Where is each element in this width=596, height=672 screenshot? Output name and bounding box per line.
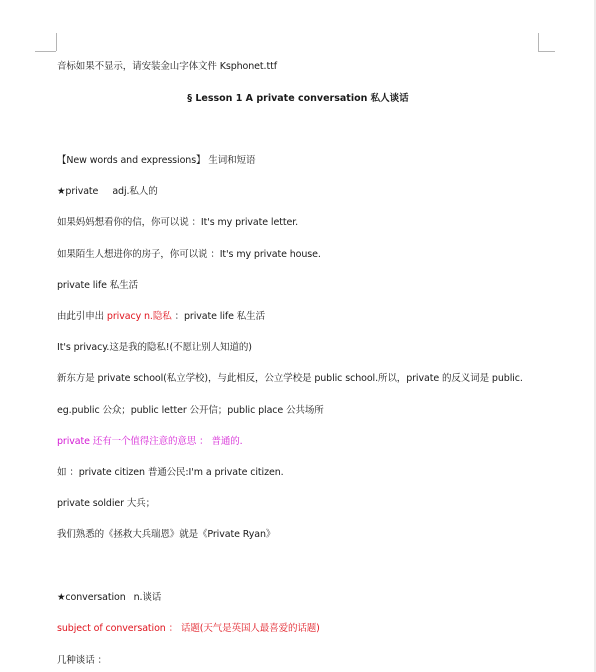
vocab-entry-private: ★privateadj.私人的	[57, 186, 158, 198]
font-notice: 音标如果不显示，请安装金山字体文件 Ksphonet.ttf	[57, 61, 277, 73]
example-line: It's privacy.这是我的隐私!(不愿让别人知道的)	[57, 342, 252, 354]
vocab-entry-conversation: ★conversationn.谈话	[57, 592, 161, 604]
note-line-highlight: private 还有一个值得注意的意思 ： 普通的.	[57, 436, 243, 448]
example-line: 如果妈妈想看你的信，你可以说 ：It's my private letter.	[57, 217, 298, 229]
lesson-title: § Lesson 1 A private conversation 私人谈话	[0, 93, 596, 105]
example-line: private soldier 大兵；	[57, 498, 155, 510]
highlight-privacy: privacy n.隐私	[107, 311, 175, 322]
example-line: 如 ：private citizen 普通公民:I'm a private ci…	[57, 467, 284, 479]
headword: ★conversation	[57, 592, 126, 603]
document-page: 音标如果不显示，请安装金山字体文件 Ksphonet.ttf § Lesson …	[0, 0, 595, 672]
margin-corner-mark-top-right	[538, 51, 555, 52]
part-of-speech: adj.私人的	[112, 186, 157, 197]
margin-corner-mark-top-right	[538, 33, 539, 51]
example-line: 新东方是 private school(私立学校)，与此相反，公立学校是 pub…	[57, 373, 523, 385]
part-of-speech: n.谈话	[134, 592, 162, 603]
derivation-line: 由此引申出 privacy n.隐私 ：private life 私生活	[57, 311, 265, 323]
example-line: 如果陌生人想进你的房子，你可以说 ：It's my private house.	[57, 249, 321, 261]
section-header: 【New words and expressions】 生词和短语	[57, 155, 255, 167]
headword: ★private	[57, 186, 98, 197]
margin-corner-mark-top-left	[56, 33, 57, 51]
note-line-highlight: subject of conversation ： 话题(天气是英国人最喜爱的话…	[57, 623, 320, 635]
example-line: private life 私生活	[57, 280, 138, 292]
example-line: 几种谈话 ：	[57, 655, 107, 667]
example-line: eg.public 公众；public letter 公开信；public pl…	[57, 405, 324, 417]
example-line: 我们熟悉的《拯救大兵瑞恩》就是《Private Ryan》	[57, 529, 275, 541]
margin-corner-mark-top-left	[35, 51, 56, 52]
